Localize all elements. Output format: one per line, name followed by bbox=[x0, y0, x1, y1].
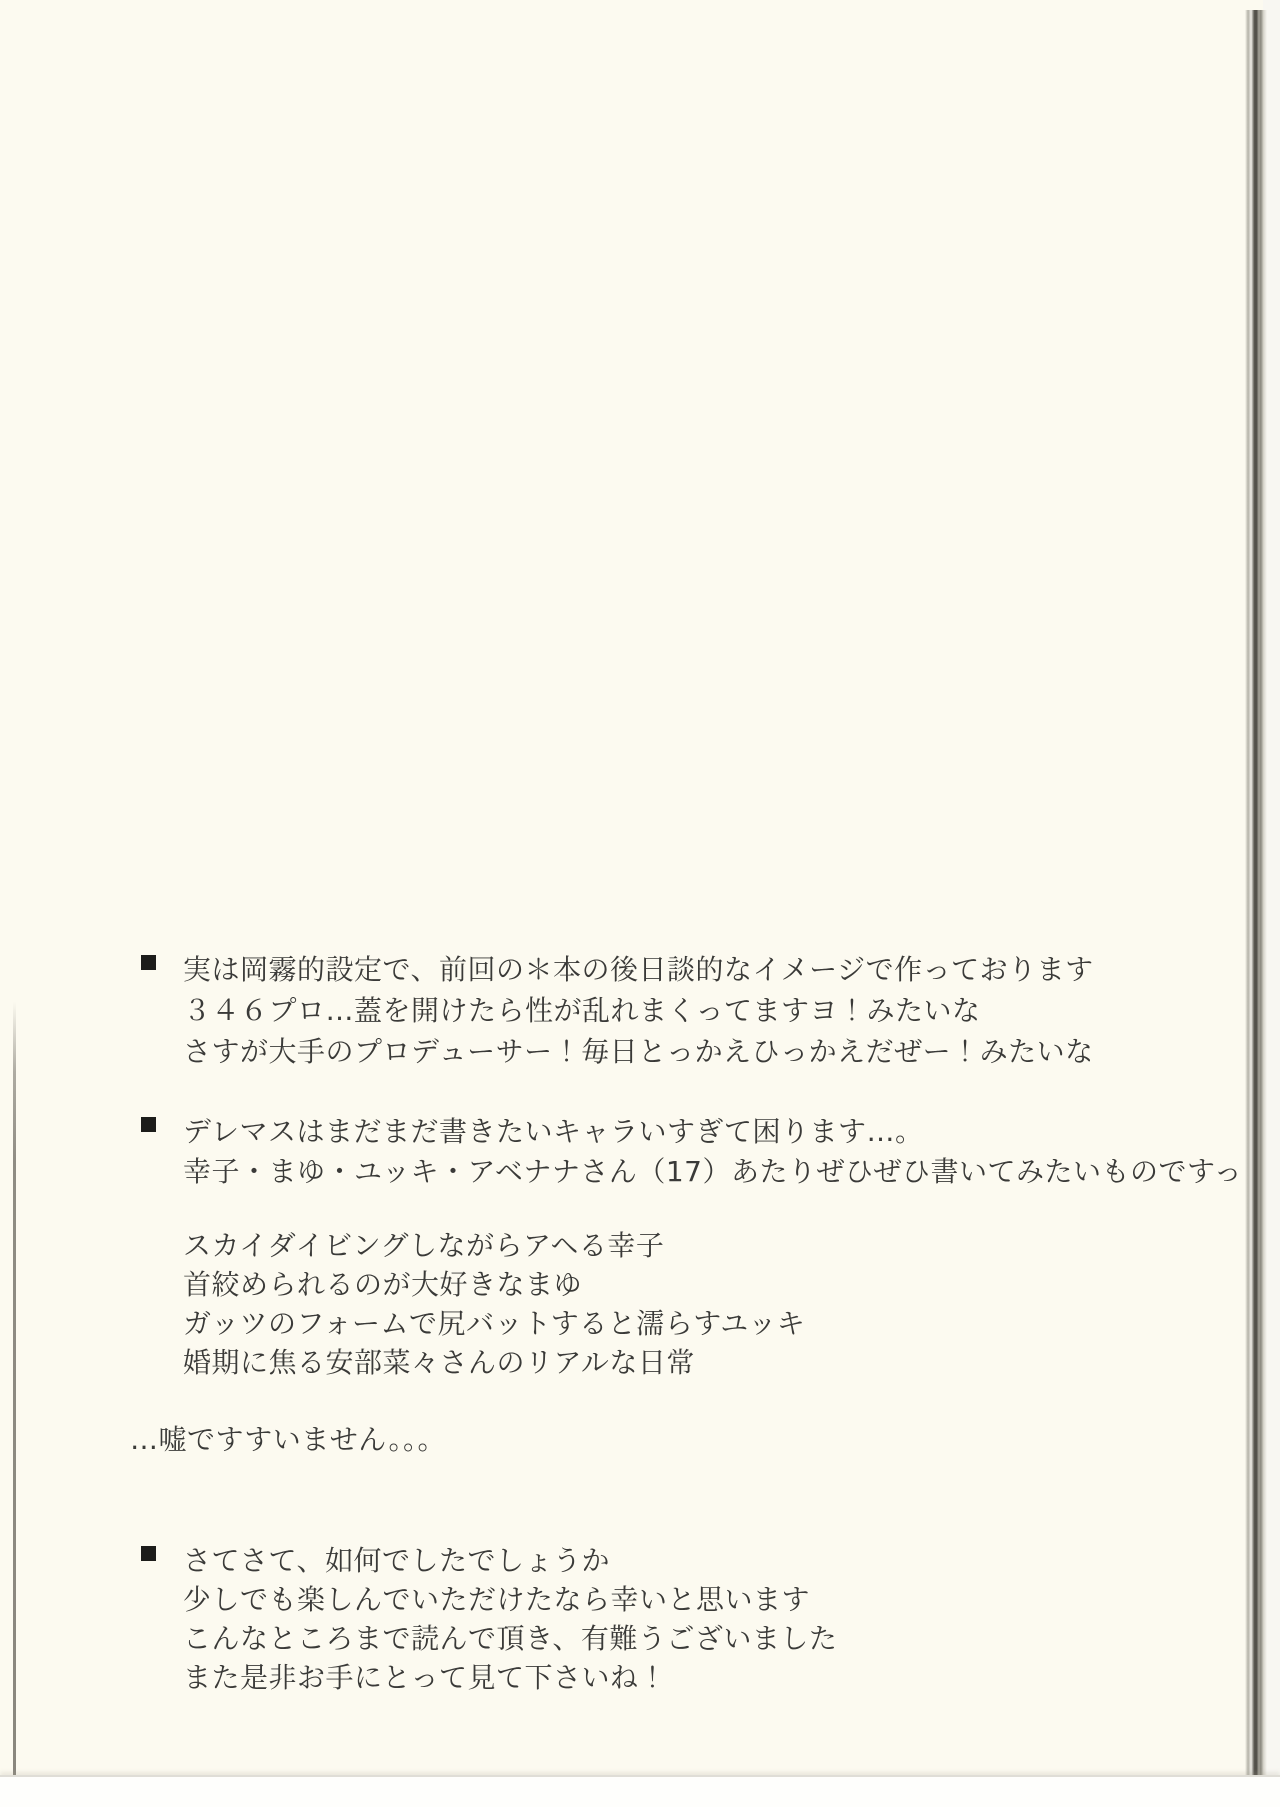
text-line-content: 少しでも楽しんでいただけたなら幸いと思います bbox=[183, 1583, 810, 1616]
text-line-content: ３４６プロ…蓋を開けたら性が乱れまくってますヨ！みたいな bbox=[183, 994, 980, 1027]
text-line-content: 幸子・まゆ・ユッキ・アベナナさん（17）あたりぜひぜひ書いてみたいものですっ bbox=[183, 1155, 1242, 1188]
text-line: 幸子・まゆ・ユッキ・アベナナさん（17）あたりぜひぜひ書いてみたいものですっ bbox=[141, 1150, 1242, 1190]
text-line-content: 首絞められるのが大好きなまゆ bbox=[183, 1268, 582, 1301]
bullet-square-icon bbox=[141, 955, 156, 970]
text-line: 首絞められるのが大好きなまゆ bbox=[141, 1263, 805, 1302]
text-line-content: スカイダイビングしながらアヘる幸子 bbox=[183, 1229, 664, 1262]
text-line: ガッツのフォームで尻バットすると濡らすユッキ bbox=[141, 1302, 805, 1341]
scan-bottom-edge bbox=[0, 1775, 1280, 1807]
afterword-block-closing: さてさて、如何でしたでしょうか 少しでも楽しんでいただけたなら幸いと思います こ… bbox=[141, 1539, 837, 1695]
text-line-content: 婚期に焦る安部菜々さんのリアルな日常 bbox=[183, 1346, 695, 1379]
text-line: ３４６プロ…蓋を開けたら性が乱れまくってますヨ！みたいな bbox=[141, 989, 1094, 1030]
text-line: さすが大手のプロデューサー！毎日とっかえひっかえだぜー！みたいな bbox=[141, 1030, 1094, 1071]
page-fold-line bbox=[13, 1002, 16, 1788]
text-line: スカイダイビングしながらアヘる幸子 bbox=[141, 1224, 805, 1263]
text-line: デレマスはまだまだ書きたいキャラいすぎて困ります…。 bbox=[141, 1110, 1242, 1150]
text-line: さてさて、如何でしたでしょうか bbox=[141, 1539, 837, 1578]
book-page-edge bbox=[1245, 10, 1267, 1782]
text-line: 婚期に焦る安部菜々さんのリアルな日常 bbox=[141, 1341, 805, 1380]
text-line-content: また是非お手にとって見て下さいね！ bbox=[183, 1661, 667, 1694]
text-line-content: こんなところまで読んで頂き、有難うございました bbox=[183, 1622, 837, 1655]
text-line: 実は岡霧的設定で、前回の＊本の後日談的なイメージで作っております bbox=[141, 948, 1094, 989]
text-line: 少しでも楽しんでいただけたなら幸いと思います bbox=[141, 1578, 837, 1617]
bullet-square-icon bbox=[141, 1117, 156, 1132]
text-line-content: …嘘ですすいません。。。 bbox=[130, 1423, 446, 1456]
afterword-block-idea-list: スカイダイビングしながらアヘる幸子 首絞められるのが大好きなまゆ ガッツのフォー… bbox=[141, 1224, 805, 1380]
text-line-content: さてさて、如何でしたでしょうか bbox=[183, 1544, 610, 1577]
afterword-block-setting: 実は岡霧的設定で、前回の＊本の後日談的なイメージで作っております ３４６プロ…蓋… bbox=[141, 948, 1094, 1071]
scanned-page: 実は岡霧的設定で、前回の＊本の後日談的なイメージで作っております ３４６プロ…蓋… bbox=[0, 0, 1280, 1807]
afterword-block-apology: …嘘ですすいません。。。 bbox=[130, 1418, 446, 1459]
text-line: …嘘ですすいません。。。 bbox=[130, 1418, 446, 1459]
text-line: こんなところまで読んで頂き、有難うございました bbox=[141, 1617, 837, 1656]
text-line-content: さすが大手のプロデューサー！毎日とっかえひっかえだぜー！みたいな bbox=[183, 1035, 1094, 1068]
text-line-content: デレマスはまだまだ書きたいキャラいすぎて困ります…。 bbox=[183, 1115, 923, 1148]
bullet-square-icon bbox=[141, 1546, 156, 1561]
afterword-block-characters: デレマスはまだまだ書きたいキャラいすぎて困ります…。 幸子・まゆ・ユッキ・アベナ… bbox=[141, 1110, 1242, 1190]
text-line: また是非お手にとって見て下さいね！ bbox=[141, 1656, 837, 1695]
text-line-content: ガッツのフォームで尻バットすると濡らすユッキ bbox=[183, 1307, 805, 1340]
text-line-content: 実は岡霧的設定で、前回の＊本の後日談的なイメージで作っております bbox=[183, 953, 1094, 986]
